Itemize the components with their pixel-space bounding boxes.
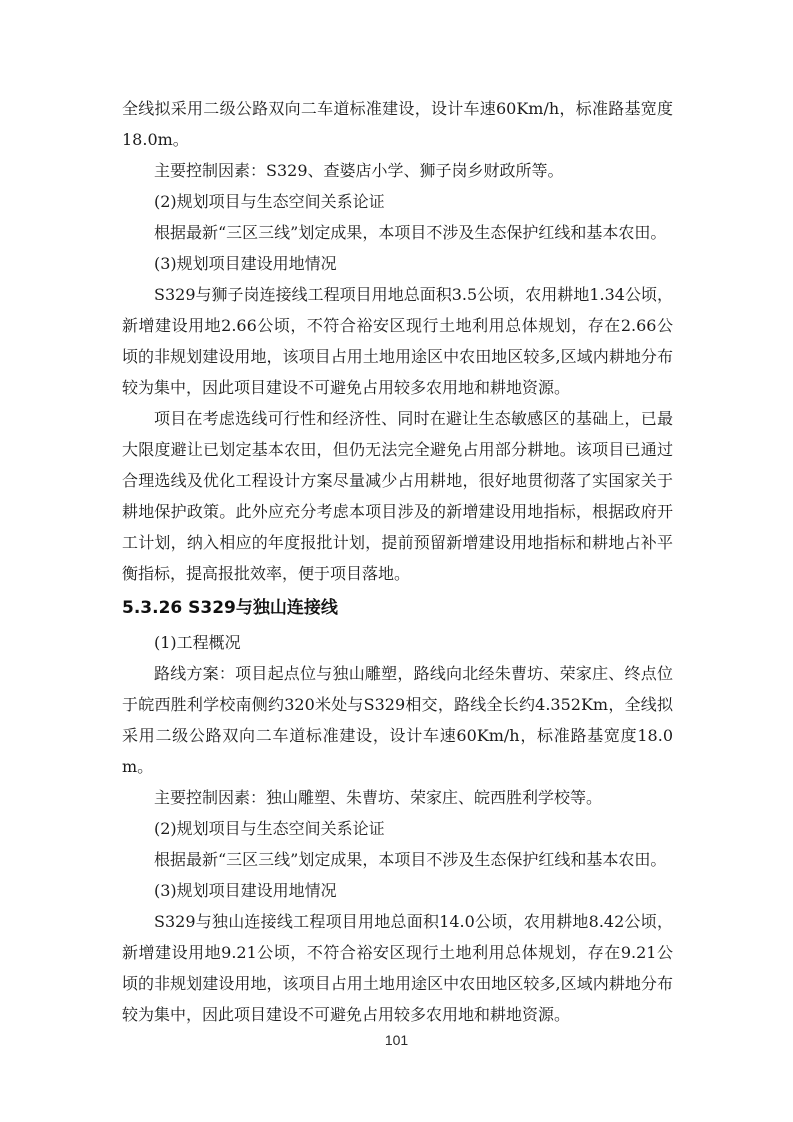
paragraph-three-zones-result: 根据最新“三区三线”划定成果，本项目不涉及生态保护红线和基本农田。	[122, 217, 673, 248]
page-number: 101	[0, 1032, 793, 1048]
paragraph-three-zones-result-dushan: 根据最新“三区三线”划定成果，本项目不涉及生态保护红线和基本农田。	[122, 844, 673, 875]
document-page: 全线拟采用二级公路双向二车道标准建设，设计车速60Km/h，标准路基宽度18.0…	[0, 0, 793, 1122]
paragraph-item2-ecospace-heading: (2)规划项目与生态空间关系论证	[122, 186, 673, 217]
document-body: 全线拟采用二级公路双向二车道标准建设，设计车速60Km/h，标准路基宽度18.0…	[122, 93, 673, 1030]
paragraph-control-factors-dushan: 主要控制因素：独山雕塑、朱曹坊、荣家庄、皖西胜利学校等。	[122, 782, 673, 813]
paragraph-dushan-route-plan: 路线方案：项目起点位与独山雕塑，路线向北经朱曹坊、荣家庄、终点位于皖西胜利学校南…	[122, 658, 673, 782]
paragraph-item2-ecospace-heading-dushan: (2)规划项目与生态空间关系论证	[122, 813, 673, 844]
paragraph-item3-landuse-heading: (3)规划项目建设用地情况	[122, 248, 673, 279]
paragraph-item1-overview-heading: (1)工程概况	[122, 627, 673, 658]
section-heading-5-3-26: 5.3.26 S329与独山连接线	[122, 592, 673, 625]
paragraph-item3-landuse-heading-dushan: (3)规划项目建设用地情况	[122, 875, 673, 906]
paragraph-dushan-landuse-detail: S329与独山连接线工程项目用地总面积14.0公顷，农用耕地8.42公顷，新增建…	[122, 906, 673, 1030]
paragraph-control-factors-shizigang: 主要控制因素：S329、查婆店小学、狮子岗乡财政所等。	[122, 155, 673, 186]
paragraph-route-selection-policy: 项目在考虑选线可行性和经济性、同时在避让生态敏感区的基础上，已最大限度避让已划定…	[122, 403, 673, 589]
paragraph-road-standard-continued: 全线拟采用二级公路双向二车道标准建设，设计车速60Km/h，标准路基宽度18.0…	[122, 93, 673, 155]
paragraph-shizigang-landuse-detail: S329与狮子岗连接线工程项目用地总面积3.5公顷，农用耕地1.34公顷，新增建…	[122, 279, 673, 403]
